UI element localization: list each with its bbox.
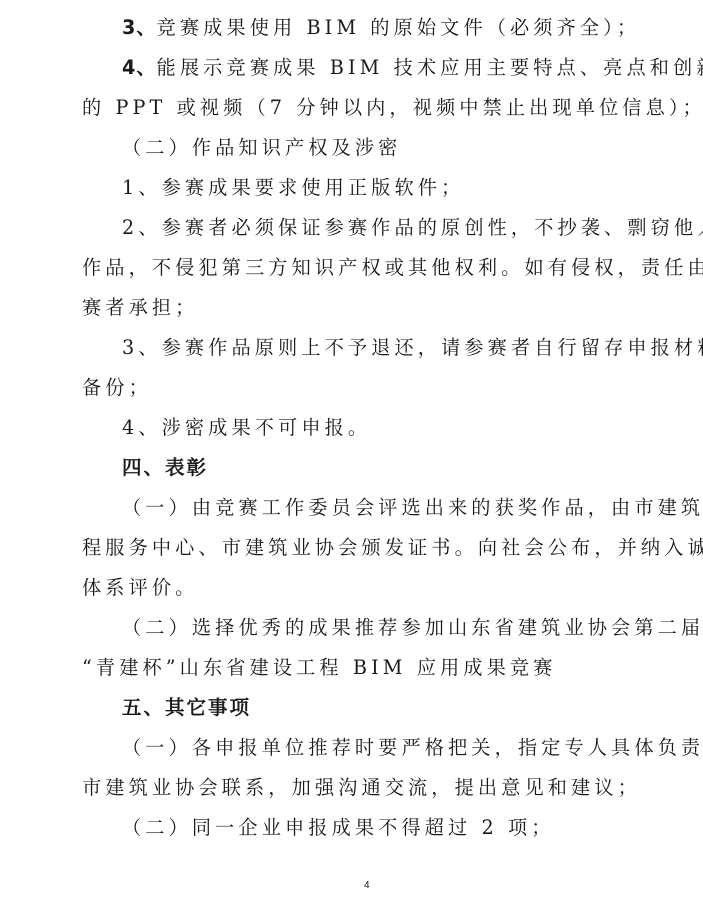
section-heading-commendation: 四、表彰 — [122, 448, 208, 488]
paragraph-line: 市建筑业协会联系，加强沟通交流，提出意见和建议； — [82, 768, 641, 808]
paragraph-line: 4、涉密成果不可申报。 — [122, 408, 371, 448]
paragraph-line: 赛者承担； — [82, 288, 198, 328]
list-item-3-original-files: 3、竞赛成果使用 BIM 的原始文件（必须齐全）； — [122, 8, 640, 48]
subsection-heading-ip-confidentiality: （二）作品知识产权及涉密 — [122, 128, 401, 168]
item-number: 4、 — [122, 56, 157, 79]
paragraph-line: 备份； — [82, 368, 152, 408]
paragraph-line: “青建杯”山东省建设工程 BIM 应用成果竞赛 — [82, 648, 556, 688]
paragraph-line: 2、参赛者必须保证参赛作品的原创性，不抄袭、剽窃他人 — [122, 208, 703, 248]
paragraph-line: 3、参赛作品原则上不予退还，请参赛者自行留存申报材料 — [122, 328, 703, 368]
list-item-4-ppt-video: 4、能展示竞赛成果 BIM 技术应用主要特点、亮点和创新点 — [122, 48, 703, 88]
paragraph-line: 的 PPT 或视频（7 分钟以内，视频中禁止出现单位信息）； — [82, 88, 703, 128]
paragraph-line: 体系评价。 — [82, 568, 198, 608]
item-text: 竞赛成果使用 BIM 的原始文件（必须齐全）； — [157, 16, 641, 39]
paragraph-line: （二）选择优秀的成果推荐参加山东省建筑业协会第二届 — [122, 608, 703, 648]
paragraph-line: （一）各申报单位推荐时要严格把关，指定专人具体负责与 — [122, 728, 703, 768]
paragraph-line: （一）由竞赛工作委员会评选出来的获奖作品，由市建筑工 — [122, 488, 703, 528]
item-text: 能展示竞赛成果 BIM 技术应用主要特点、亮点和创新点 — [157, 56, 703, 79]
paragraph-line: 1、参赛成果要求使用正版软件； — [122, 168, 464, 208]
paragraph-line: 作品，不侵犯第三方知识产权或其他权利。如有侵权，责任由参 — [82, 248, 703, 288]
item-number: 3、 — [122, 16, 157, 39]
paragraph-line: 程服务中心、市建筑业协会颁发证书。向社会公布，并纳入诚信 — [82, 528, 703, 568]
section-heading-other-matters: 五、其它事项 — [122, 688, 251, 728]
paragraph-line: （二）同一企业申报成果不得超过 2 项； — [122, 808, 555, 848]
page-number: 4 — [364, 880, 370, 891]
